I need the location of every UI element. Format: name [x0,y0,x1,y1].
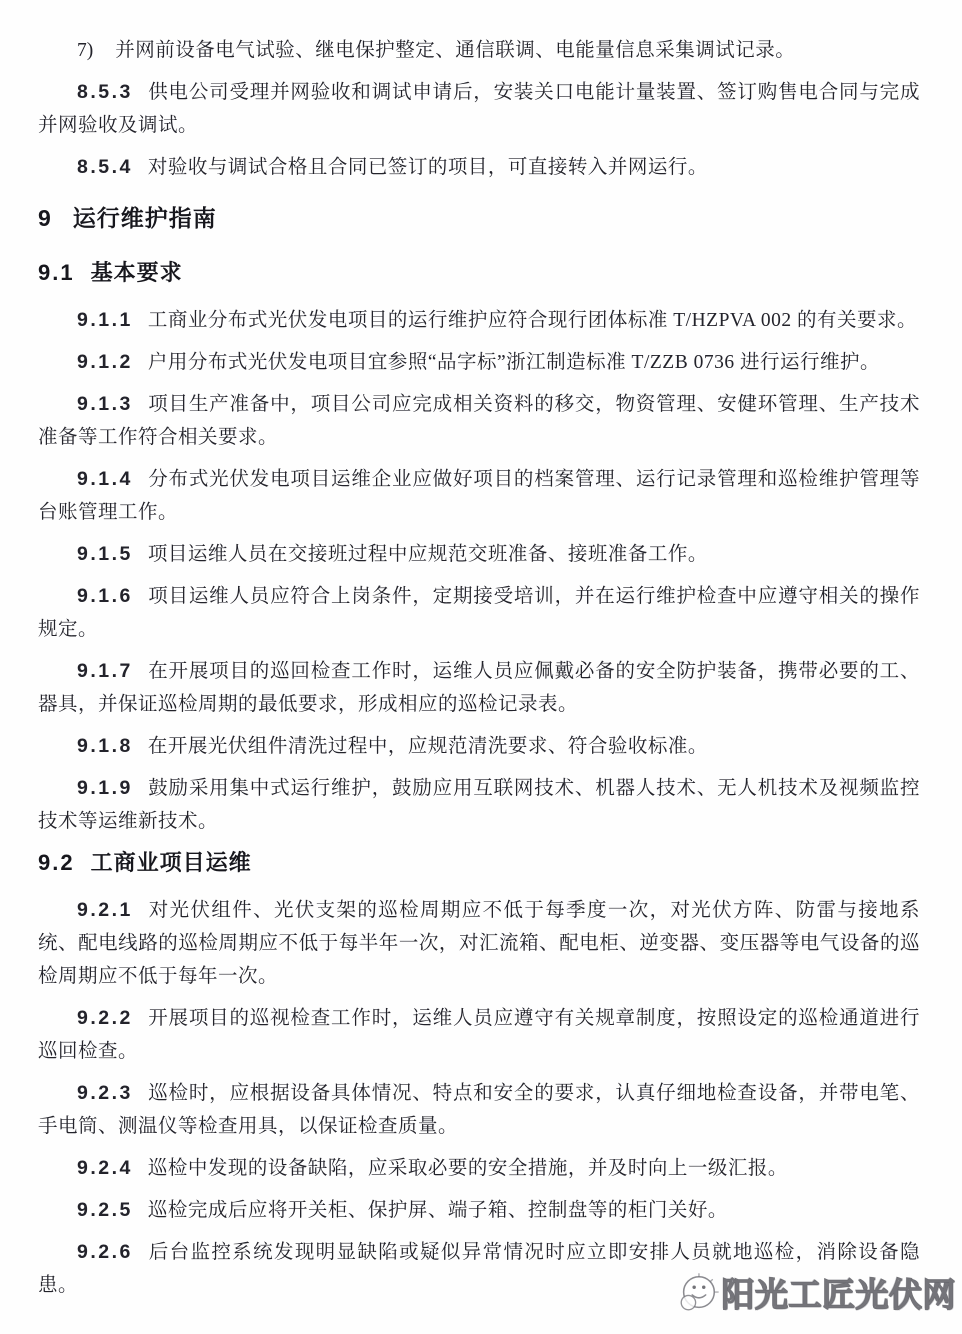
clause-number: 9.1 [38,260,75,285]
clause-text: 在开展光伏组件清洗过程中，应规范清洗要求、符合验收标准。 [148,736,708,757]
clause-text: 户用分布式光伏发电项目宜参照“品字标”浙江制造标准 T/ZZB 0736 进行运… [148,352,880,373]
clause-9.2.2: 9.2.2开展项目的巡视检查工作时，运维人员应遵守有关规章制度，按照设定的巡检通… [38,1002,920,1068]
clause-text: 项目运维人员应符合上岗条件，定期接受培训，并在运行维护检查中应遵守相关的操作规定… [38,586,920,640]
clause-number: 9.2.2 [77,1007,133,1029]
clause-9.2.5: 9.2.5巡检完成后应将开关柜、保护屏、端子箱、控制盘等的柜门关好。 [38,1194,920,1227]
clause-text: 工商业分布式光伏发电项目的运行维护应符合现行团体标准 T/HZPVA 002 的… [148,310,917,331]
clause-9.2.4: 9.2.4巡检中发现的设备缺陷，应采取必要的安全措施，并及时向上一级汇报。 [38,1152,920,1185]
clause-number: 9.1.2 [77,351,133,373]
clause-text: 分布式光伏发电项目运维企业应做好项目的档案管理、运行记录管理和巡检维护管理等台账… [38,469,920,523]
clause-number: 9.2.3 [77,1082,133,1104]
clause-number: 8.5.3 [77,81,133,103]
clause-number: 9.1.4 [77,468,133,490]
clause-text: 项目生产准备中，项目公司应完成相关资料的移交，物资管理、安健环管理、生产技术准备… [38,394,920,448]
clause-number: 9 [38,205,53,231]
clause-8.5.3: 8.5.3供电公司受理并网验收和调试申请后，安装关口电能计量装置、签订购售电合同… [38,76,920,142]
clause-text: 巡检中发现的设备缺陷，应采取必要的安全措施，并及时向上一级汇报。 [148,1158,788,1179]
clause-text: 供电公司受理并网验收和调试申请后，安装关口电能计量装置、签订购售电合同与完成并网… [38,82,920,136]
clause-9.1.9: 9.1.9鼓励采用集中式运行维护，鼓励应用互联网技术、机器人技术、无人机技术及视… [38,772,920,838]
clause-9.2.6: 9.2.6后台监控系统发现明显缺陷或疑似异常情况时应立即安排人员就地巡检，消除设… [38,1236,920,1302]
clause-number: 9.1.6 [77,585,133,607]
clause-text: 在开展项目的巡回检查工作时，运维人员应佩戴必备的安全防护装备，携带必要的工、器具… [38,661,920,715]
clause-number: 9.1.9 [77,777,133,799]
clause-number: 9.1.7 [77,660,133,682]
clause-9.1.8: 9.1.8在开展光伏组件清洗过程中，应规范清洗要求、符合验收标准。 [38,730,920,763]
clause-text: 运行维护指南 [73,205,217,231]
clause-number: 9.2 [38,850,75,875]
clause-text: 后台监控系统发现明显缺陷或疑似异常情况时应立即安排人员就地巡检，消除设备隐患。 [38,1242,920,1296]
subsection-heading-9.2: 9.2工商业项目运维 [38,848,920,878]
clause-9.1.2: 9.1.2户用分布式光伏发电项目宜参照“品字标”浙江制造标准 T/ZZB 073… [38,346,920,379]
document-body: 7)并网前设备电气试验、继电保护整定、通信联调、电能量信息采集调试记录。8.5.… [38,34,920,1302]
clause-text: 对验收与调试合格且合同已签订的项目，可直接转入并网运行。 [148,157,708,178]
clause-number: 9.2.4 [77,1157,133,1179]
document-page: 7)并网前设备电气试验、继电保护整定、通信联调、电能量信息采集调试记录。8.5.… [0,0,962,1334]
clause-number: 9.2.5 [77,1199,133,1221]
clause-9.1.4: 9.1.4分布式光伏发电项目运维企业应做好项目的档案管理、运行记录管理和巡检维护… [38,463,920,529]
clause-9.2.3: 9.2.3巡检时，应根据设备具体情况、特点和安全的要求，认真仔细地检查设备，并带… [38,1077,920,1143]
clause-text: 对光伏组件、光伏支架的巡检周期应不低于每季度一次，对光伏方阵、防雷与接地系统、配… [38,900,920,987]
clause-number: 9.2.6 [77,1241,133,1263]
clause-text: 巡检时，应根据设备具体情况、特点和安全的要求，认真仔细地检查设备，并带电笔、手电… [38,1083,920,1137]
clause-number: 9.2.1 [77,899,133,921]
subsection-heading-9.1: 9.1基本要求 [38,258,920,288]
clause-text: 鼓励采用集中式运行维护，鼓励应用互联网技术、机器人技术、无人机技术及视频监控技术… [38,778,920,832]
clause-9.2.1: 9.2.1对光伏组件、光伏支架的巡检周期应不低于每季度一次，对光伏方阵、防雷与接… [38,894,920,993]
clause-9.1.3: 9.1.3项目生产准备中，项目公司应完成相关资料的移交，物资管理、安健环管理、生… [38,388,920,454]
clause-text: 巡检完成后应将开关柜、保护屏、端子箱、控制盘等的柜门关好。 [148,1200,728,1221]
clause-number: 7) [77,40,93,61]
clause-number: 9.1.3 [77,393,133,415]
clause-text: 并网前设备电气试验、继电保护整定、通信联调、电能量信息采集调试记录。 [115,40,795,61]
clause-text: 工商业项目运维 [91,850,252,875]
list-item-7: 7)并网前设备电气试验、继电保护整定、通信联调、电能量信息采集调试记录。 [38,34,920,67]
clause-text: 开展项目的巡视检查工作时，运维人员应遵守有关规章制度，按照设定的巡检通道进行巡回… [38,1008,920,1062]
clause-number: 8.5.4 [77,156,133,178]
clause-number: 9.1.5 [77,543,133,565]
clause-9.1.5: 9.1.5项目运维人员在交接班过程中应规范交班准备、接班准备工作。 [38,538,920,571]
clause-number: 9.1.8 [77,735,133,757]
clause-text: 项目运维人员在交接班过程中应规范交班准备、接班准备工作。 [148,544,708,565]
clause-9.1.7: 9.1.7在开展项目的巡回检查工作时，运维人员应佩戴必备的安全防护装备，携带必要… [38,655,920,721]
clause-9.1.1: 9.1.1工商业分布式光伏发电项目的运行维护应符合现行团体标准 T/HZPVA … [38,304,920,337]
section-heading-9: 9运行维护指南 [38,202,920,234]
clause-8.5.4: 8.5.4对验收与调试合格且合同已签订的项目，可直接转入并网运行。 [38,151,920,184]
clause-number: 9.1.1 [77,309,133,331]
clause-9.1.6: 9.1.6项目运维人员应符合上岗条件，定期接受培训，并在运行维护检查中应遵守相关… [38,580,920,646]
clause-text: 基本要求 [91,260,183,285]
